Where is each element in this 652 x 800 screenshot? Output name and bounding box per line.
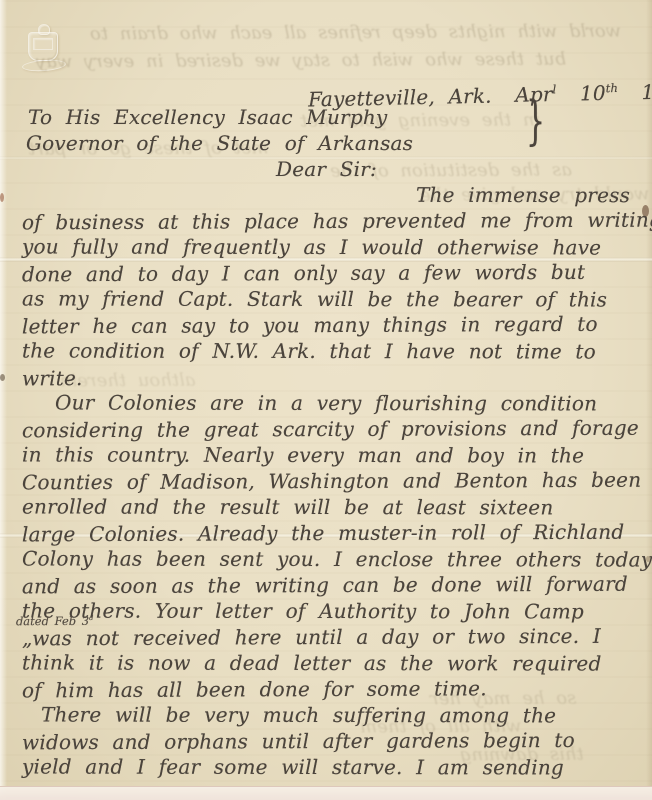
- letter-line: considering the great scarcity of provis…: [22, 415, 638, 444]
- letter-line: you fully and frequently as I would othe…: [22, 233, 638, 260]
- annotation-text: dated Feb 3: [16, 614, 89, 628]
- page-edge-right: [646, 0, 652, 800]
- letter-text: Fayetteville, Ark. Aprl 10th 1865 To His…: [22, 78, 638, 780]
- letter-line: Counties of Madison, Washington and Bent…: [22, 467, 638, 496]
- ink-speck: [0, 193, 4, 202]
- letter-line: widows and orphans until after gardens b…: [22, 727, 638, 756]
- letter-line-text: „was not received here until a day or tw…: [22, 624, 601, 651]
- letter-line: in this country. Nearly every man and bo…: [22, 441, 638, 468]
- letter-line: dated Feb 3d „was not received here unti…: [22, 623, 638, 652]
- page-edge-left: [0, 0, 7, 800]
- dateline-day: 10: [580, 81, 606, 106]
- letter-line: The immense press: [416, 182, 638, 208]
- annotation-sup: d: [89, 614, 93, 622]
- dateline: Fayetteville, Ark. Aprl 10th 1865: [308, 75, 638, 108]
- dateline-place: Fayetteville, Ark.: [308, 83, 492, 111]
- letter-line: think it is now a dead letter as the wor…: [22, 649, 638, 676]
- embossed-seal-icon: [24, 24, 62, 72]
- letter-line: done and to day I can only say a few wor…: [22, 259, 638, 288]
- page-edge-bottom: [0, 786, 652, 800]
- letter-line: write.: [22, 363, 638, 392]
- letter-line: and as soon as the writing can be done w…: [22, 571, 638, 600]
- salutation: Dear Sir:: [276, 156, 638, 182]
- letter-line: large Colonies. Already the muster-in ro…: [22, 519, 638, 548]
- bleedthrough-line: world with nights deep refines all each …: [90, 21, 621, 45]
- letter-line: There will be very much suffering among …: [41, 701, 638, 728]
- letter-line: of him has all been done for some time.: [22, 675, 638, 704]
- letter-line: the others. Your letter of Authority to …: [22, 597, 638, 624]
- dateline-day-sup: th: [606, 81, 618, 95]
- letter-line: as my friend Capt. Stark will be the bea…: [22, 285, 638, 312]
- letter-line: of business at this place has prevented …: [22, 207, 638, 236]
- letter-line: letter he can say to you many things in …: [22, 311, 638, 340]
- bleedthrough-line: but these who wish to stay we desired in…: [36, 49, 566, 73]
- dateline-month-sup: l: [552, 82, 556, 96]
- dateline-year: 1865: [641, 79, 652, 104]
- letter-line: enrolled and the result will be at least…: [22, 493, 638, 520]
- recipient-line: Governor of the State of Arkansas: [26, 130, 638, 156]
- seal-inner-bar: [33, 38, 53, 50]
- letter-line: yield and I fear some will starve. I am …: [22, 753, 638, 780]
- letter-line: Colony has been sent you. I enclose thre…: [22, 545, 638, 572]
- letter-line: the condition of N.W. Ark. that I have n…: [22, 337, 638, 364]
- seal-scroll: [22, 58, 67, 72]
- interline-annotation: dated Feb 3d: [16, 613, 93, 627]
- letter-page: world with nights deep refines all each …: [0, 0, 652, 800]
- letter-line: Our Colonies are in a very flourishing c…: [55, 389, 638, 416]
- ink-speck: [0, 374, 5, 381]
- recipient-brace: }: [526, 100, 545, 146]
